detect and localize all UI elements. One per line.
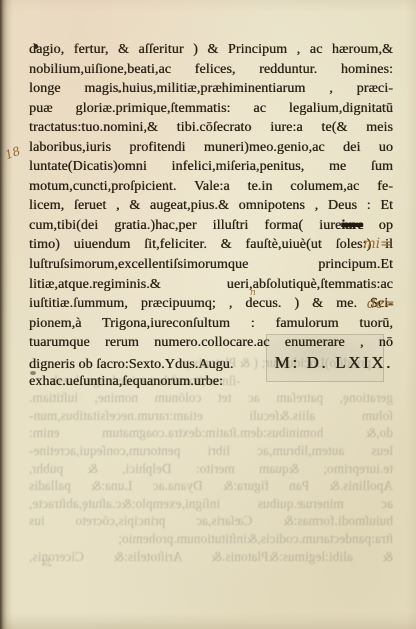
bleedthrough-line: huiuſmodi.formas:& Cæſaris,ac principis,… bbox=[29, 512, 393, 530]
text-segment: op bbox=[363, 218, 393, 233]
bleedthrough-signature-mark: 24 bbox=[42, 558, 52, 569]
ink-speck bbox=[34, 44, 38, 49]
text-line: licem, ſeruet , & augeat,pius.& omnipote… bbox=[29, 196, 393, 216]
dateline: digneris ob ſacro:Sexto.Ydus.Augu.M: D. … bbox=[29, 353, 393, 373]
text-line: litiæ,atque.regiminis.& ueri,abſolutiquè… bbox=[29, 275, 393, 295]
handwritten-margin-note: mi= bbox=[363, 236, 391, 252]
struck-word: iure bbox=[341, 218, 362, 233]
text-line-with-strikethrough: cum,tibi(dei gratia.)hac,per illuſtri fo… bbox=[29, 216, 393, 236]
book-page: prœdito)Lociduntur; ( & Platonis y des. … bbox=[0, 0, 416, 629]
text-line: puæ gloriæ.primique,ſtemmatis: ac legali… bbox=[29, 99, 393, 119]
text-line: longe magis.huius,militiæ,præhiminentiar… bbox=[29, 79, 393, 99]
text-line: tuarumque rerum numero.collocare.ac enum… bbox=[29, 333, 393, 353]
bleedthrough-line: ſtra:pandectarum.codicis,&inſtitutionum.… bbox=[29, 530, 393, 548]
bleedthrough-line: Apollinis.& Pan figura:& Dyana.ac Luna:&… bbox=[29, 477, 393, 495]
bleedthrough-line: & alibi:legimus:&Platonis.& Ariſtotelis:… bbox=[29, 548, 393, 566]
text-line: luſtruſsimorum,excellentiſsimorumque pri… bbox=[29, 255, 393, 275]
text-line: laboribus,iuris profitendi muneri)meo.ge… bbox=[29, 138, 393, 158]
text-line: timo) uiuendum ſit,feliciter. & fauſtè,u… bbox=[29, 235, 393, 255]
text-line: exhac.ueſuntina,ſequanorum.urbe: bbox=[29, 372, 393, 392]
text-line: motum,cuncti,proſpicient. Vale:a te.in c… bbox=[29, 177, 393, 197]
bleedthrough-line: do,& hominibus:dem.ſtatim:dextra.coagmat… bbox=[29, 424, 393, 442]
ink-speck bbox=[118, 90, 121, 93]
binding-edge bbox=[0, 0, 13, 629]
text-line: nobilium,uiſione,beati,ac felices, reddu… bbox=[29, 60, 393, 80]
text-segment: cum,tibi(dei gratia.)hac,per illuſtri fo… bbox=[29, 218, 341, 233]
text-line: dagio, fertur, & aſſeritur ) & Principum… bbox=[29, 40, 393, 60]
text-line: pionem,à Trigona,iureconſultum : famulor… bbox=[29, 314, 393, 334]
text-line: luntate(Dicatis)omni infelici,miſeria,pe… bbox=[29, 157, 393, 177]
text-line: iuſtitiæ.ſummum, præcipuumq; , decus. ) … bbox=[29, 294, 393, 314]
bleedthrough-line: ſolum aliis.&ſeculi etiam:rarum.neceſsit… bbox=[29, 407, 393, 425]
bleedthrough-line: te.iureprimo; &quam merito: Delphici, & … bbox=[29, 460, 393, 478]
dateline-year: M: D. LXIX. bbox=[275, 353, 393, 373]
text-line: tractatus:tuo.nomini,& tibi.cōſecrato iu… bbox=[29, 118, 393, 138]
handwritten-margin-note: de= bbox=[367, 296, 395, 312]
bleedthrough-line: ac mineruæ.quibus inſigni,exemplo:&c.aſt… bbox=[29, 495, 393, 513]
bleedthrough-line: leus autem,librum,ac libri pentorum,conſ… bbox=[29, 442, 393, 460]
ink-speck bbox=[30, 371, 36, 375]
handwritten-superscript-letter: n bbox=[250, 288, 256, 298]
handwritten-insertion-caret: ˄ bbox=[164, 183, 169, 193]
printed-text-block: dagio, fertur, & aſſeritur ) & Principum… bbox=[29, 40, 393, 392]
